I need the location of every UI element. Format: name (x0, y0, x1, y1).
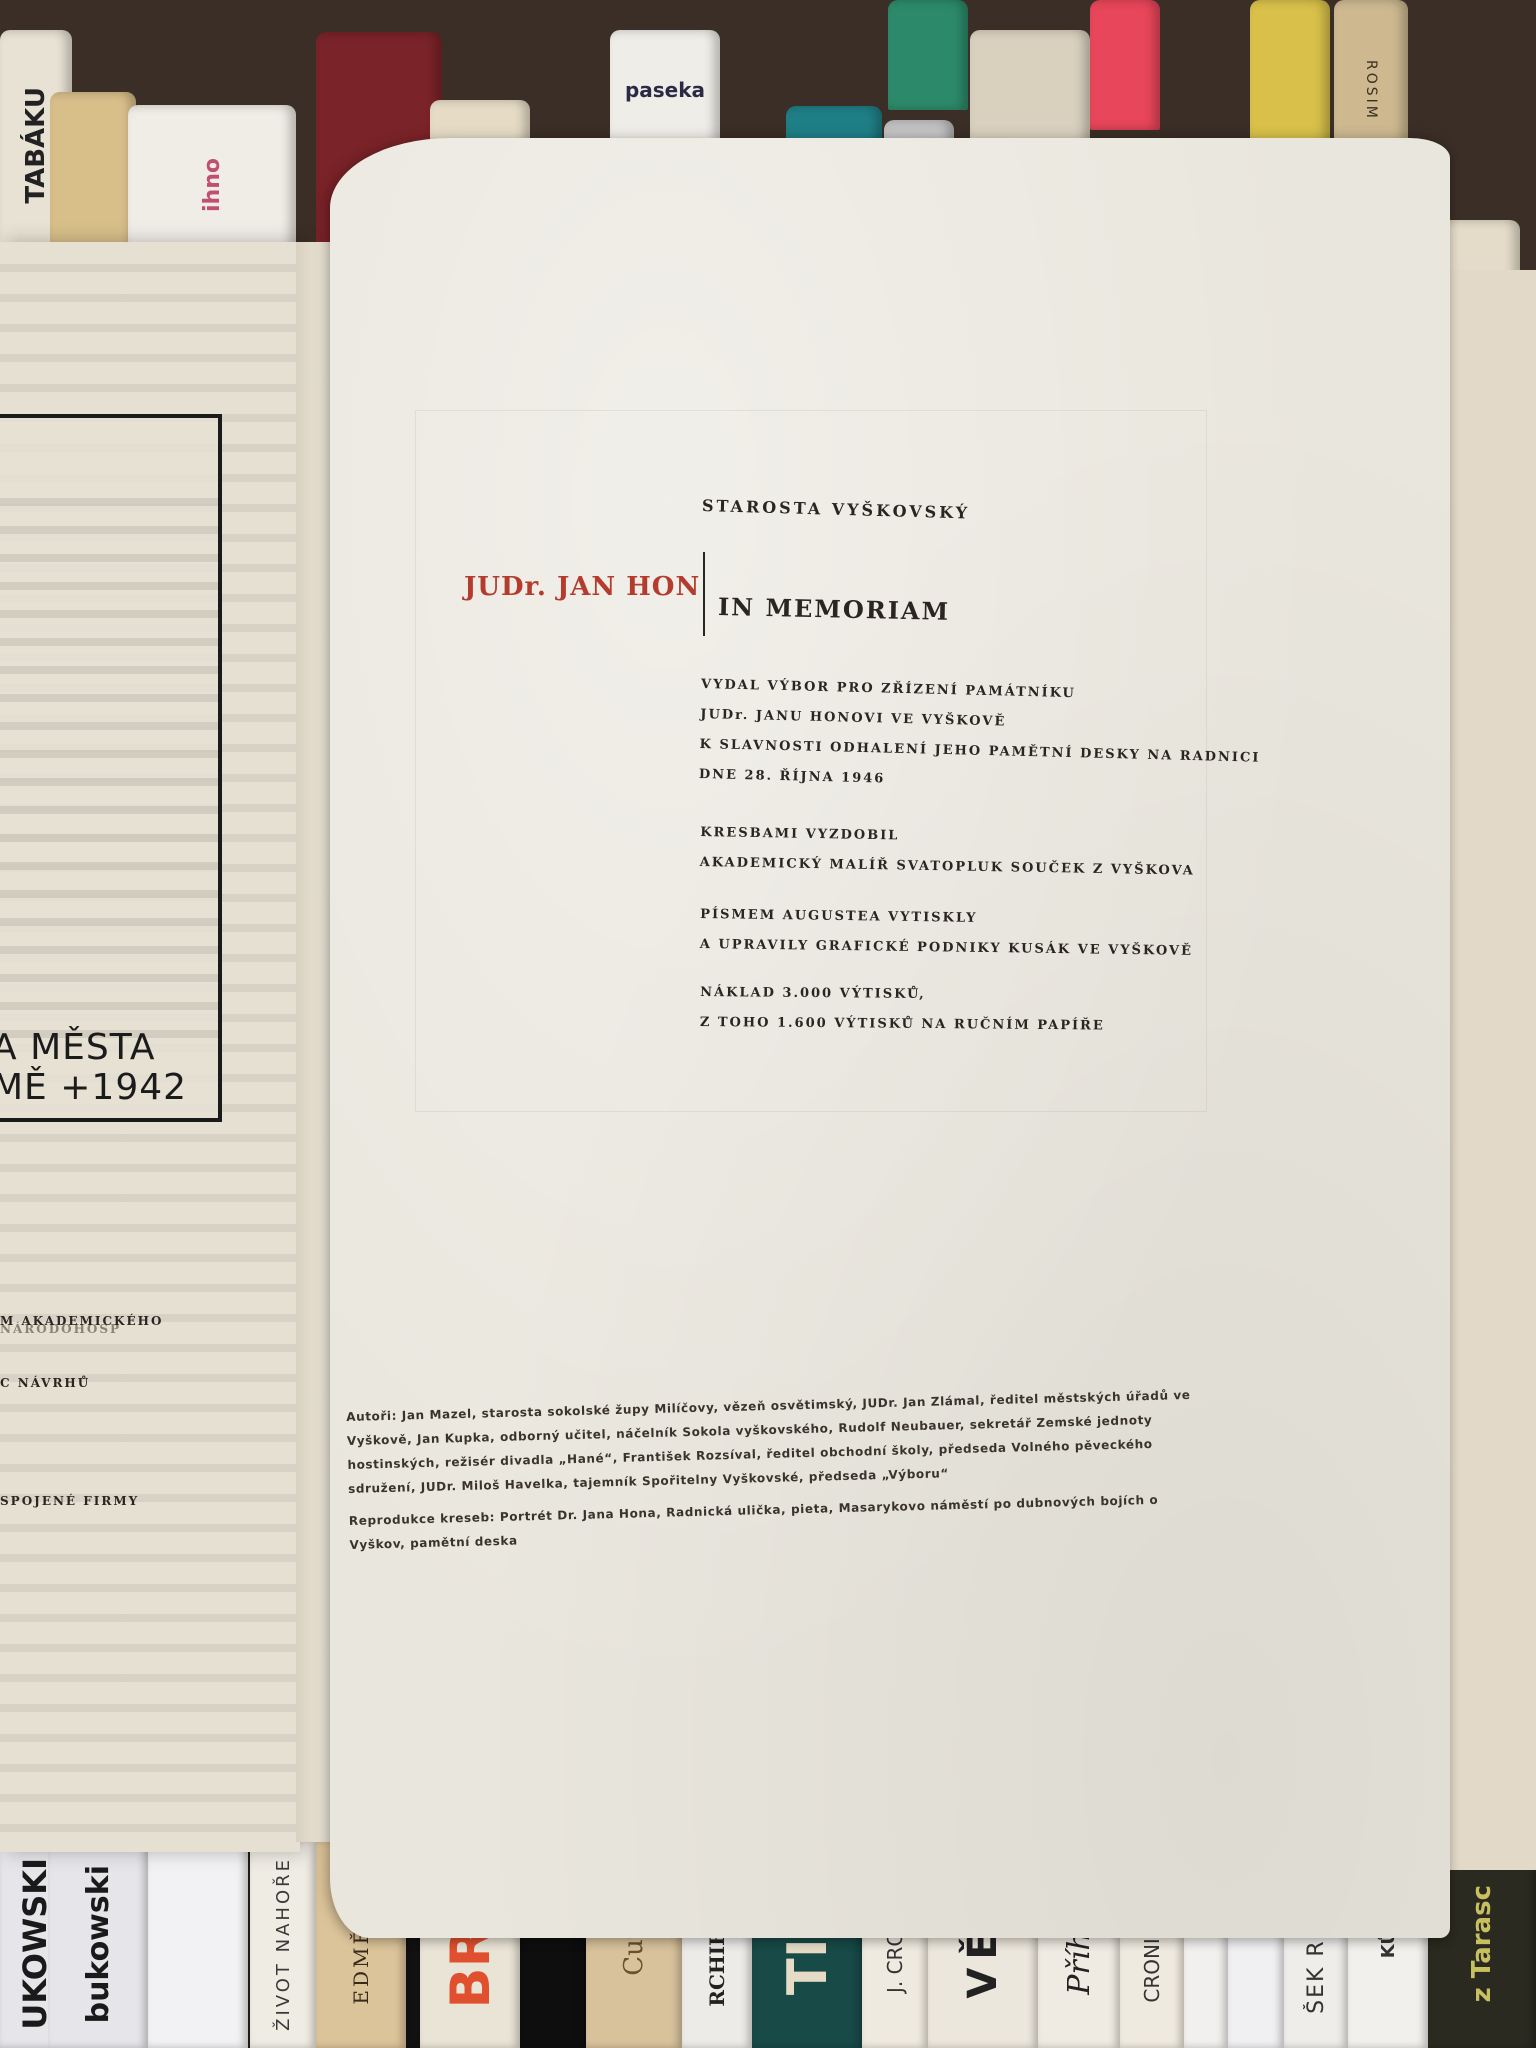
woodcut-caption: A MĚSTA MĚ +1942 (0, 1028, 187, 1108)
woodcut-illustration-frame: A MĚSTA MĚ +1942 (0, 414, 222, 1122)
credits: Autoři: Jan Mazel, starosta sokolské žup… (346, 1383, 1200, 1565)
book-title: bukowski (81, 1865, 116, 2023)
colophon-printer: PÍSMEM AUGUSTEA VYTISKLY A UPRAVILY GRAF… (700, 900, 1194, 967)
book-spine (888, 0, 968, 110)
book-spine: paseka (610, 30, 720, 150)
book-spine (148, 1840, 248, 2048)
left-page-label: M AKADEMICKÉHO (0, 1314, 163, 1328)
book-title: paseka (625, 78, 705, 102)
book-title: z Tarasc (1467, 1885, 1497, 2002)
honoree-name: JUDr. JAN HON (464, 572, 700, 602)
book-spine: bukowski (48, 1840, 148, 2048)
book-title: ROSIM (1363, 60, 1379, 121)
book-spine (1090, 0, 1160, 130)
left-page-label: SPOJENÉ FIRMY (0, 1494, 139, 1508)
colophon-edition: NÁKLAD 3.000 VÝTISKŮ, Z TOHO 1.600 VÝTIS… (700, 978, 1105, 1042)
colophon-publisher: VYDAL VÝBOR PRO ZŘÍZENÍ PAMÁTNÍKU JUDr. … (699, 670, 1263, 804)
page-title: IN MEMORIAM (718, 592, 951, 626)
book-spine: ihno (128, 105, 296, 265)
book-spine: ŽIVOT NAHOŘE (250, 1840, 316, 2048)
book-spine (50, 92, 136, 252)
show-through-text (0, 478, 218, 1038)
title-divider (703, 552, 705, 636)
left-page-label: C NÁVRHŮ (0, 1376, 90, 1390)
book-title: TABÁKU (21, 87, 51, 204)
left-page: A MĚSTA MĚ +1942 NÁRODOHOSP M AKADEMICKÉ… (0, 242, 300, 1852)
colophon-illustrator: KRESBAMI VYZDOBIL AKADEMICKÝ MALÍŘ SVATO… (699, 818, 1195, 887)
book-title: ŽIVOT NAHOŘE (273, 1857, 294, 2031)
book-title: ihno (200, 158, 225, 212)
